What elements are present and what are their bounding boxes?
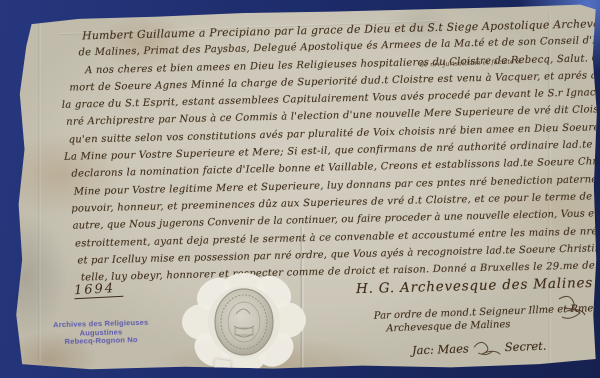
manuscript-paper: Humbert Guillaume a Precipiano par la gr… [8,2,598,370]
secretary-name: Jac: Maes [412,341,469,357]
date-year: 1694 [74,281,124,300]
photograph-background: Humbert Guillaume a Precipiano par la gr… [0,0,600,378]
fold-crease [38,22,41,362]
order-attestation: Par ordre de mond.t Seigneur Illme et Rm… [374,303,594,335]
signature-flourish-icon [471,336,502,359]
seal-paper-tail [213,359,231,377]
secretary-title: Secret. [505,339,547,354]
embossed-paper-seal [180,270,308,376]
archive-ink-stamp: Archives des Religieuses Augustines Rebe… [36,318,167,347]
secretary-signature: Jac: Maes Secret. [412,335,547,362]
manuscript-text-block: Humbert Guillaume a Precipiano par la gr… [54,16,590,288]
